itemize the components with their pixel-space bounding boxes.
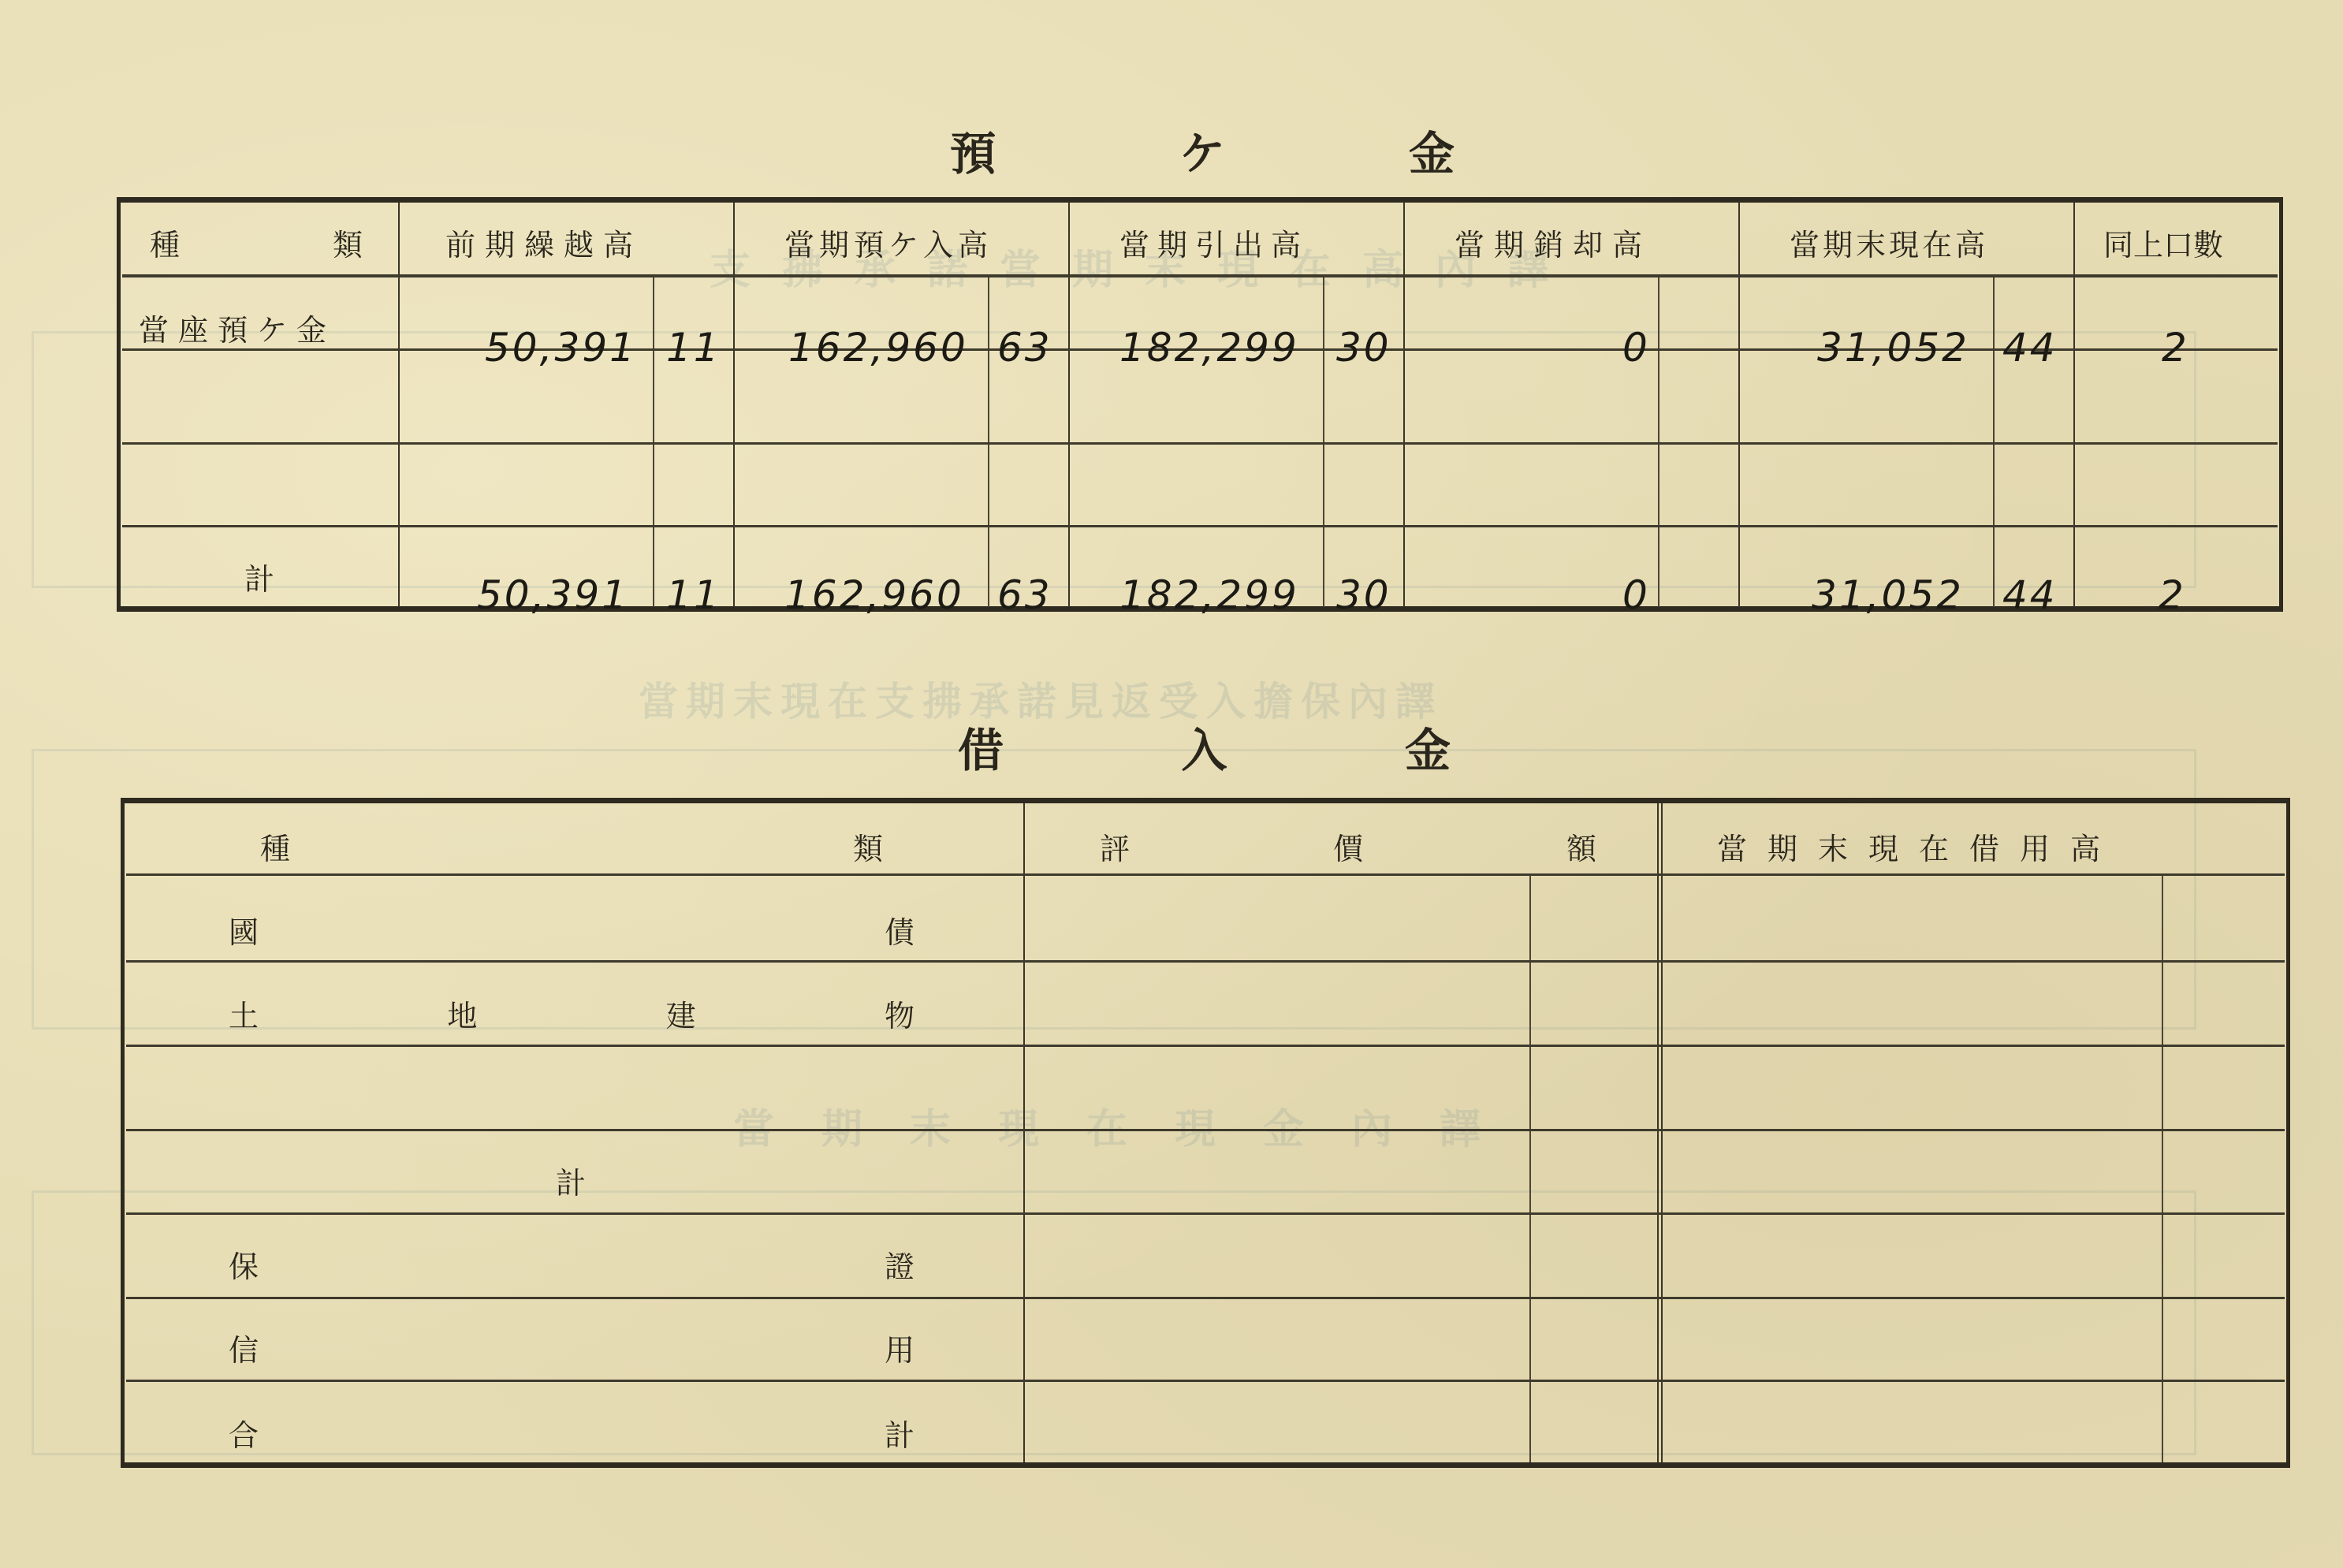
row-divider [126, 873, 2285, 876]
row-label-credit: 信 用 [229, 1326, 914, 1369]
header-valuation: 評 價 額 [1100, 825, 1596, 868]
value-current-withdrawals-yen: 182,299 [1119, 325, 1299, 371]
value-current-deposits-yen: 162,960 [788, 325, 968, 371]
row-divider [126, 1129, 2285, 1131]
col-divider [1661, 803, 1663, 1462]
total-current-withdrawals-yen: 182,299 [1119, 572, 1299, 618]
row-label-land-buildings: 土 地 建 物 [229, 992, 914, 1035]
col-divider [2073, 202, 2075, 607]
header-current-withdrawals: 當期引出高 [1119, 221, 1309, 264]
total-current-withdrawals-sen: 30 [1336, 572, 1391, 618]
row-divider [126, 1045, 2285, 1047]
row-divider [122, 274, 2278, 277]
col-divider [1657, 803, 1659, 1462]
borrowings-title: 借 入 金 [958, 713, 1451, 780]
row-label-subtotal: 計 [556, 1159, 586, 1202]
row-label-national-bonds: 國 債 [229, 908, 914, 952]
total-period-end-balance-sen: 44 [2002, 572, 2058, 618]
value-period-end-balance-sen: 44 [2002, 325, 2058, 371]
header-previous-carryover: 前期繰越高 [445, 221, 643, 264]
deposits-title: 預 ケ 金 [950, 117, 1455, 183]
row-divider [122, 442, 2278, 445]
total-label: 計 [244, 555, 274, 598]
row-label-guarantee: 保 證 [229, 1242, 914, 1286]
value-account-count: 2 [2162, 325, 2189, 371]
header-current-writeoff: 當期銷却高 [1455, 221, 1652, 264]
col-divider [1738, 202, 1740, 607]
header-account-count: 同上口數 [2103, 221, 2223, 264]
value-current-deposits-sen: 63 [997, 325, 1052, 371]
header-type: 種 類 [260, 825, 883, 868]
total-account-count: 2 [2159, 572, 2186, 618]
total-previous-carryover-sen: 11 [666, 572, 721, 618]
header-current-deposits: 當期預ケ入高 [784, 221, 993, 264]
row-divider [126, 1212, 2285, 1215]
col-divider [1403, 202, 1405, 607]
row-divider [126, 960, 2285, 963]
total-period-end-balance-yen: 31,052 [1812, 572, 1964, 618]
header-period-end-balance: 當期末現在高 [1790, 221, 1988, 264]
col-divider [398, 202, 400, 607]
header-type: 種 類 [150, 221, 363, 264]
value-previous-carryover-yen: 50,391 [485, 325, 637, 371]
col-divider [1068, 202, 1070, 607]
row-divider [122, 525, 2278, 527]
sen-divider [2162, 875, 2163, 1462]
total-current-deposits-yen: 162,960 [784, 572, 964, 618]
row-divider [126, 1297, 2285, 1299]
sen-divider [1529, 875, 1531, 1462]
value-current-writeoff: 0 [1622, 325, 1650, 371]
value-current-withdrawals-sen: 30 [1336, 325, 1391, 371]
total-current-deposits-sen: 63 [997, 572, 1052, 618]
total-current-writeoff: 0 [1622, 572, 1650, 618]
total-previous-carryover-yen: 50,391 [477, 572, 629, 618]
header-period-end-borrowed: 當期末現在借用高 [1717, 825, 2121, 868]
value-previous-carryover-sen: 11 [666, 325, 721, 371]
row-label-grand-total: 合 計 [229, 1411, 914, 1454]
row-divider [126, 1380, 2285, 1382]
col-divider [1023, 803, 1025, 1462]
col-divider [733, 202, 735, 607]
row-type-label: 當座預ケ金 [139, 306, 336, 349]
value-period-end-balance-yen: 31,052 [1817, 325, 1969, 371]
